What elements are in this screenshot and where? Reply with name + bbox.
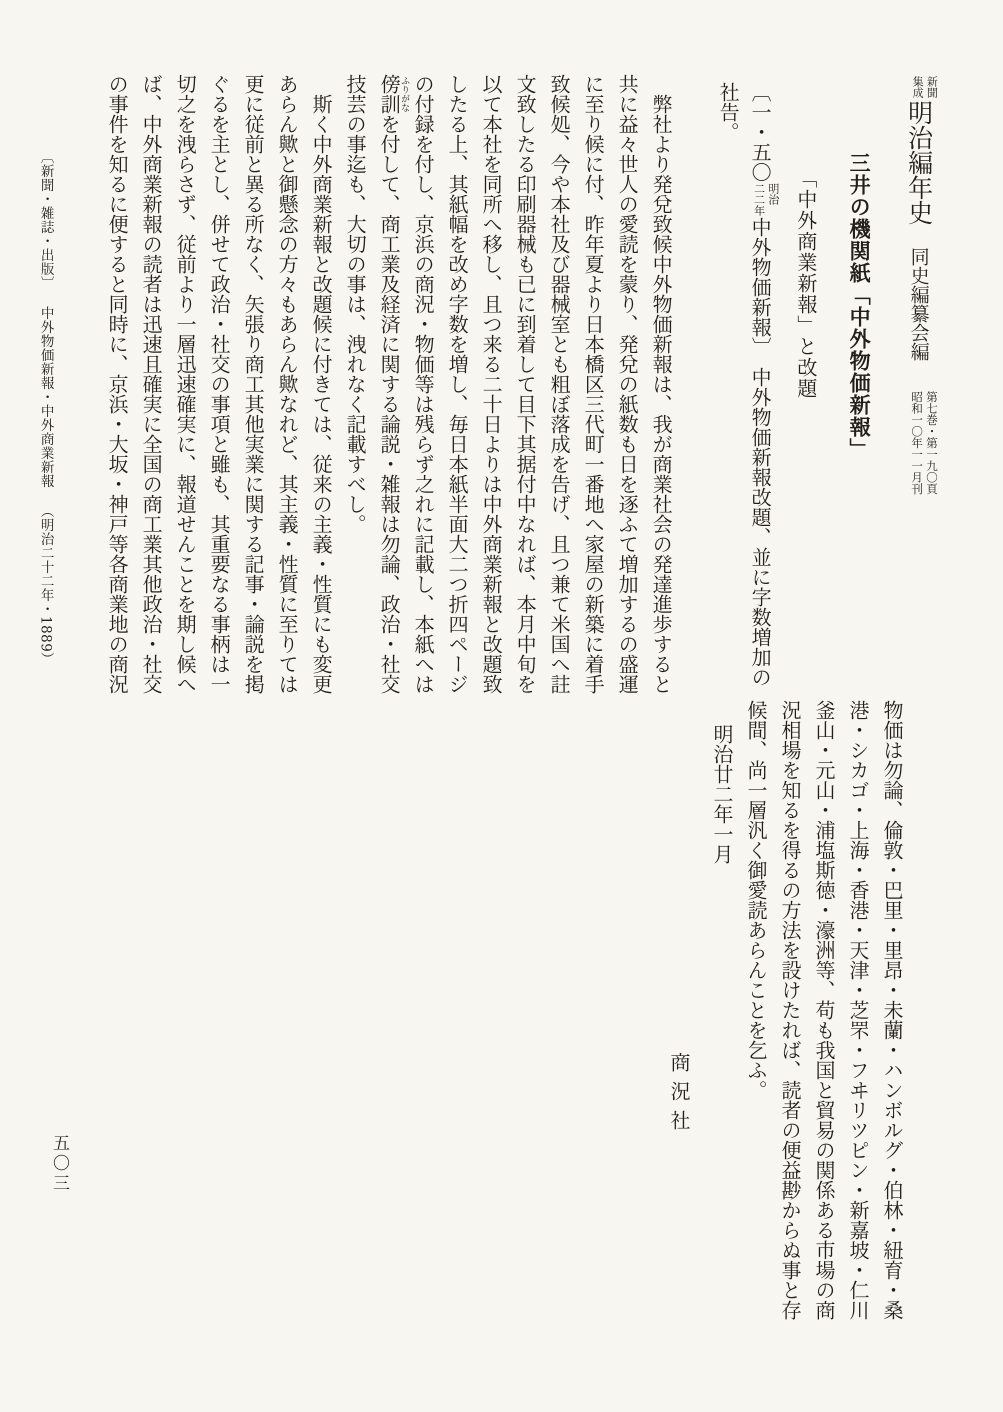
entry-ref: 〔一・五〇 [748,82,772,182]
era-note: 明治二二年 [751,183,780,216]
editor-credit: 同史編纂会編 [904,247,933,361]
ruby-annotated-word: 傍訓ふりがな [377,74,401,114]
upper-text-band: 新聞集成明治編年史同史編纂会編第七巻・第一九〇頁昭和一〇年一一月刊 三井の機関紙… [77,74,939,700]
publication-header: 新聞集成明治編年史同史編纂会編第七巻・第一九〇頁昭和一〇年一一月刊 [900,74,939,700]
article-subtitle: 「中外商業新報」と改題 [786,74,826,700]
volume-page-note: 第七巻・第一九〇頁昭和一〇年一一月刊 [909,391,939,495]
entry-heading: 〔一・五〇明治二二年中外物価新報〕 中外物価新報改題、並に字数増加の社告。 [712,74,780,700]
volume-note-line2: 昭和一〇年一一月刊 [909,391,924,495]
era-note-line2: 二二年 [751,183,765,216]
sidebar-titles: 中外物価新報・中外商業新報 [34,306,56,488]
lower-text-band: 物価は勿論、倫敦・巴里・里昂・未蘭・ハンボルグ・伯林・紐育・桑港・シカゴ・上海・… [579,700,909,1324]
series-note-line1: 新聞 [924,76,938,98]
margin-category-label: 〔新聞・雑誌・出版〕中外物価新報・中外商業新報（明治二十二年・1889） [34,150,56,750]
series-note-line2: 集成 [910,76,924,98]
article-title: 三井の機関紙「中外物価新報」 [836,74,882,700]
page-number: 五〇三 [47,1134,72,1194]
date-line: 明治廿二年一月 [705,700,739,1324]
volume-note-line1: 第七巻・第一九〇頁 [924,391,939,495]
body-paragraph-2-continued: 物価は勿論、倫敦・巴里・里昂・未蘭・ハンボルグ・伯林・紐育・桑港・シカゴ・上海・… [739,700,909,1324]
era-note-line1: 明治 [766,183,780,216]
ruby-furigana: ふりがな [399,74,409,114]
category-label: 〔新聞・雑誌・出版〕 [34,150,56,290]
body-paragraph-2: 斯く中外商業新報と改題候に付きては、従来の主義・性質にも変更あらん歟と御懸念の方… [100,74,338,700]
p1-text-after: を付して、商工業及経済に関する論説・雑報は勿論、政治・社交技芸の事迄も、大切の事… [343,74,401,694]
body-paragraph-1: 弊社より発兌致候中外物価新報は、我が商業社会の発達進歩すると共に益々世人の愛読を… [338,74,678,700]
ruby-base: 傍訓 [377,74,401,114]
p1-text-before: 弊社より発兌致候中外物価新報は、我が商業社会の発達進歩すると共に益々世人の愛読を… [411,74,673,694]
document-page: 新聞集成明治編年史同史編纂会編第七巻・第一九〇頁昭和一〇年一一月刊 三井の機関紙… [0,0,1003,1412]
sidebar-year: （明治二十二年・1889） [34,504,56,666]
series-collection-note: 新聞集成 [910,76,939,98]
series-title: 明治編年史 [905,100,934,225]
signature: 商況社 [661,700,697,1324]
